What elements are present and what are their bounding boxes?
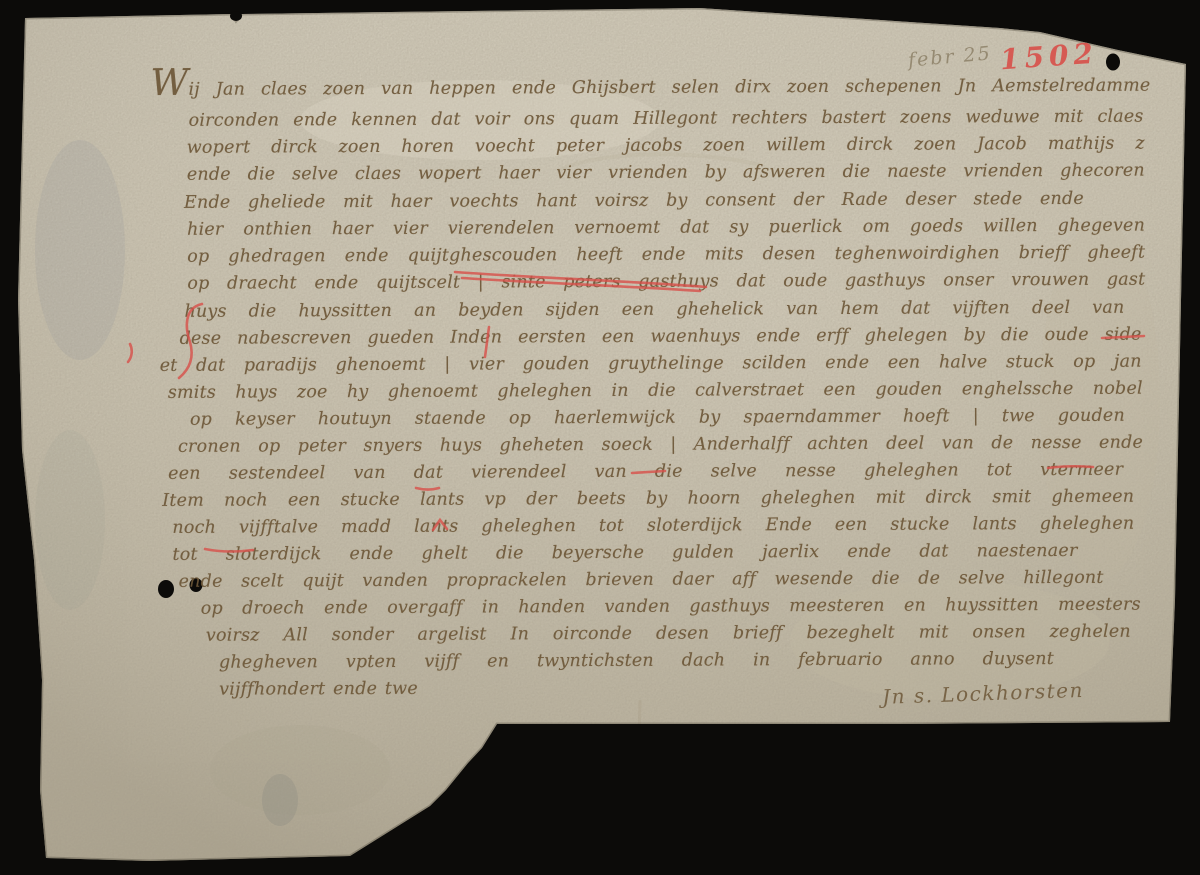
- red-underline-right-edge: [1102, 336, 1144, 338]
- red-underline-utermeer: [1048, 466, 1093, 468]
- red-underline-sloterdijck: [205, 549, 253, 551]
- red-margin-tick: [128, 344, 132, 362]
- red-marks-layer: [0, 0, 1200, 875]
- red-underline-hoorn: [416, 488, 439, 490]
- red-caret-gulden: [433, 520, 447, 530]
- red-margin-bracket: [179, 304, 202, 378]
- red-underline-ghemeen: [632, 471, 665, 473]
- red-caesura-stroke: [485, 327, 489, 357]
- photo-background: Wij Jan claes zoen van heppen ende Ghijs…: [0, 0, 1200, 875]
